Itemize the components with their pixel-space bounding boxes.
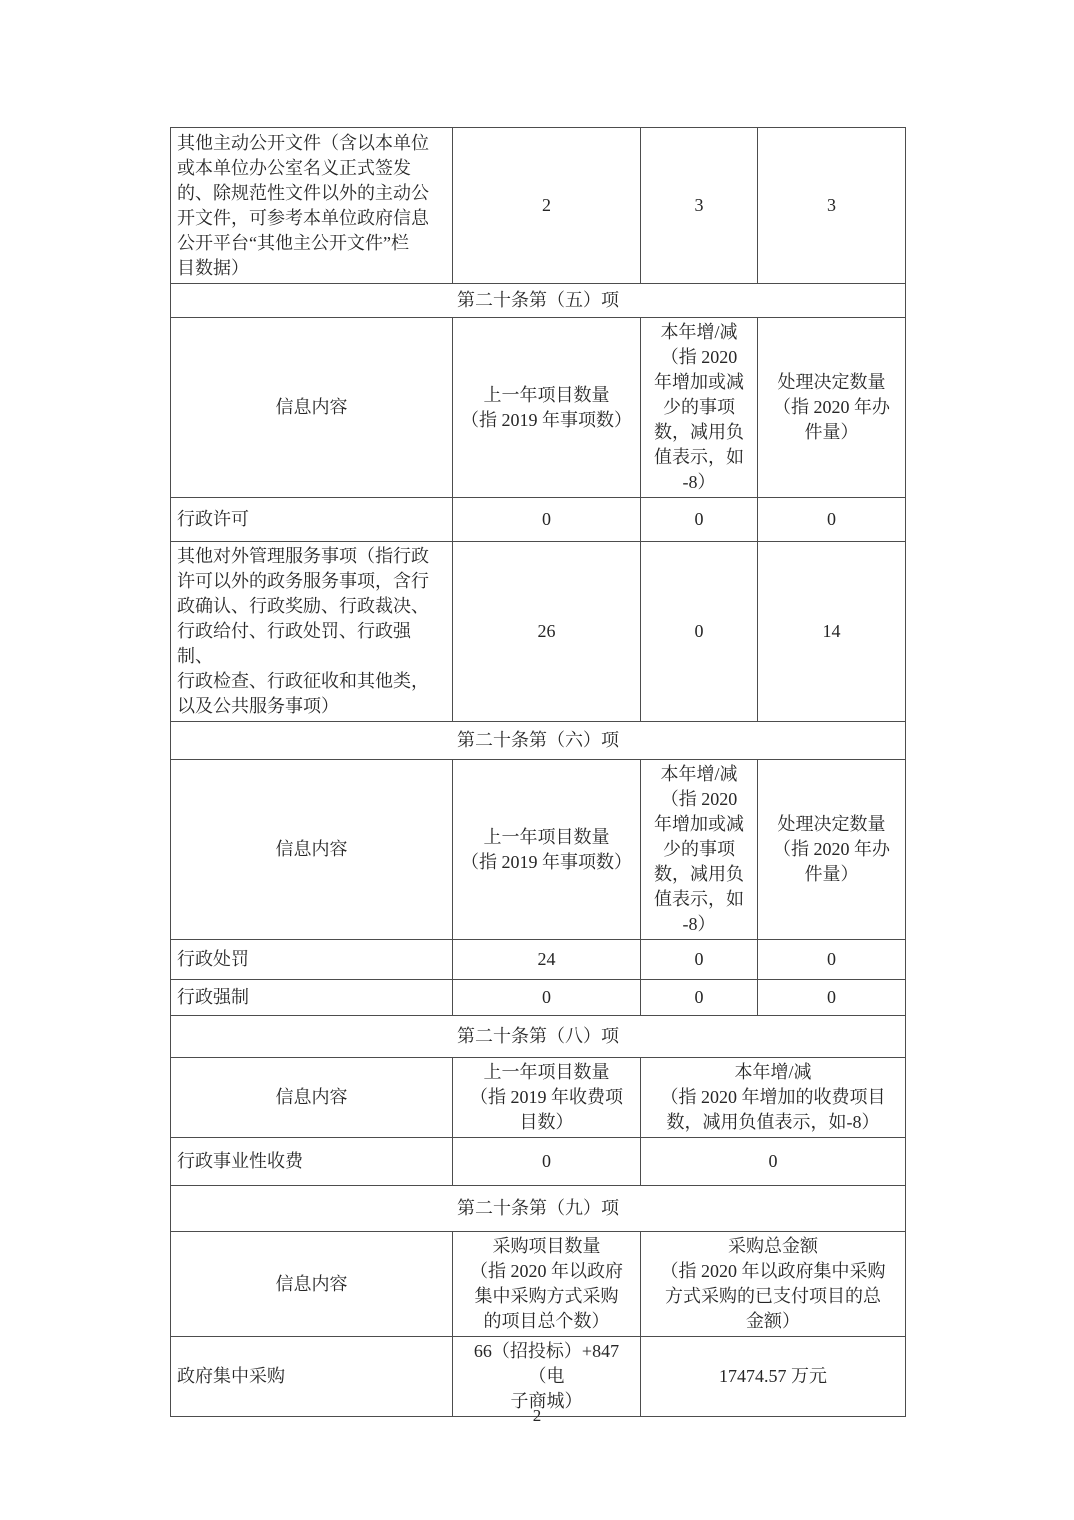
document-page: 其他主动公开文件（含以本单位 或本单位办公室名义正式签发 的、除规范性文件以外的… [0, 0, 1074, 1520]
decisions-value-cell: 0 [758, 940, 906, 980]
section-title-row: 第二十条第（五）项 [171, 284, 906, 318]
section6-header-row: 信息内容 上一年项目数量 （指 2019 年事项数） 本年增/减 （指 2020… [171, 760, 906, 940]
column-header-info: 信息内容 [171, 1058, 453, 1138]
prev-year-value-cell: 26 [453, 542, 641, 722]
column-header-prev-year: 上一年项目数量 （指 2019 年事项数） [453, 318, 641, 498]
table-row-administrative-license: 行政许可 0 0 0 [171, 498, 906, 542]
row-label-cell: 其他对外管理服务事项（指行政 许可以外的政务服务事项，含行 政确认、行政奖励、行… [171, 542, 453, 722]
prev-year-value-cell: 0 [453, 1138, 641, 1186]
table-row-centralized-procurement: 政府集中采购 66（招投标）+847（电 子商城） 17474.57 万元 [171, 1337, 906, 1417]
decisions-value-cell: 0 [758, 980, 906, 1016]
prev-year-value-cell: 2 [453, 128, 641, 284]
table-row-other-external-services: 其他对外管理服务事项（指行政 许可以外的政务服务事项，含行 政确认、行政奖励、行… [171, 542, 906, 722]
section5-title: 第二十条第（五）项 [171, 284, 906, 318]
prev-year-value-cell: 0 [453, 980, 641, 1016]
row-label-cell: 政府集中采购 [171, 1337, 453, 1417]
table-row-administrative-fees: 行政事业性收费 0 0 [171, 1138, 906, 1186]
column-header-procurement-amount: 采购总金额 （指 2020 年以政府集中采购 方式采购的已支付项目的总 金额） [641, 1232, 906, 1337]
row-label-cell: 行政强制 [171, 980, 453, 1016]
disclosure-report-table: 其他主动公开文件（含以本单位 或本单位办公室名义正式签发 的、除规范性文件以外的… [170, 127, 906, 1417]
section8-header-row: 信息内容 上一年项目数量 （指 2019 年收费项 目数） 本年增/减 （指 2… [171, 1058, 906, 1138]
decisions-value-cell: 0 [758, 498, 906, 542]
decisions-value-cell: 3 [758, 128, 906, 284]
column-header-decisions: 处理决定数量 （指 2020 年办 件量） [758, 318, 906, 498]
section8-title: 第二十条第（八）项 [171, 1016, 906, 1058]
column-header-info: 信息内容 [171, 318, 453, 498]
change-value-cell: 0 [641, 980, 758, 1016]
decisions-value-cell: 14 [758, 542, 906, 722]
column-header-change: 本年增/减 （指 2020 年增加或减 少的事项 数，减用负 值表示，如 -8） [641, 318, 758, 498]
section9-header-row: 信息内容 采购项目数量 （指 2020 年以政府 集中采购方式采购 的项目总个数… [171, 1232, 906, 1337]
change-value-cell: 0 [641, 498, 758, 542]
row-label-cell: 行政事业性收费 [171, 1138, 453, 1186]
change-value-cell: 0 [641, 542, 758, 722]
row-label-cell: 行政许可 [171, 498, 453, 542]
column-header-change: 本年增/减 （指 2020 年增加的收费项目 数，减用负值表示，如-8） [641, 1058, 906, 1138]
column-header-info: 信息内容 [171, 760, 453, 940]
change-value-cell: 0 [641, 940, 758, 980]
section5-header-row: 信息内容 上一年项目数量 （指 2019 年事项数） 本年增/减 （指 2020… [171, 318, 906, 498]
procurement-amount-value-cell: 17474.57 万元 [641, 1337, 906, 1417]
column-header-procurement-count: 采购项目数量 （指 2020 年以政府 集中采购方式采购 的项目总个数） [453, 1232, 641, 1337]
column-header-decisions: 处理决定数量 （指 2020 年办 件量） [758, 760, 906, 940]
section-title-row: 第二十条第（九）项 [171, 1186, 906, 1232]
row-label-cell: 其他主动公开文件（含以本单位 或本单位办公室名义正式签发 的、除规范性文件以外的… [171, 128, 453, 284]
column-header-prev-year: 上一年项目数量 （指 2019 年收费项 目数） [453, 1058, 641, 1138]
prev-year-value-cell: 0 [453, 498, 641, 542]
prev-year-value-cell: 24 [453, 940, 641, 980]
change-value-cell: 3 [641, 128, 758, 284]
table-row-administrative-coercion: 行政强制 0 0 0 [171, 980, 906, 1016]
section-title-row: 第二十条第（六）项 [171, 722, 906, 760]
page-number: 2 [0, 1406, 1074, 1426]
change-value-cell: 0 [641, 1138, 906, 1186]
section-title-row: 第二十条第（八）项 [171, 1016, 906, 1058]
column-header-info: 信息内容 [171, 1232, 453, 1337]
column-header-prev-year: 上一年项目数量 （指 2019 年事项数） [453, 760, 641, 940]
section9-title: 第二十条第（九）项 [171, 1186, 906, 1232]
column-header-change: 本年增/减 （指 2020 年增加或减 少的事项 数，减用负 值表示，如 -8） [641, 760, 758, 940]
row-label-cell: 行政处罚 [171, 940, 453, 980]
table-row-other-proactive-documents: 其他主动公开文件（含以本单位 或本单位办公室名义正式签发 的、除规范性文件以外的… [171, 128, 906, 284]
procurement-count-value-cell: 66（招投标）+847（电 子商城） [453, 1337, 641, 1417]
section6-title: 第二十条第（六）项 [171, 722, 906, 760]
table-row-administrative-penalty: 行政处罚 24 0 0 [171, 940, 906, 980]
